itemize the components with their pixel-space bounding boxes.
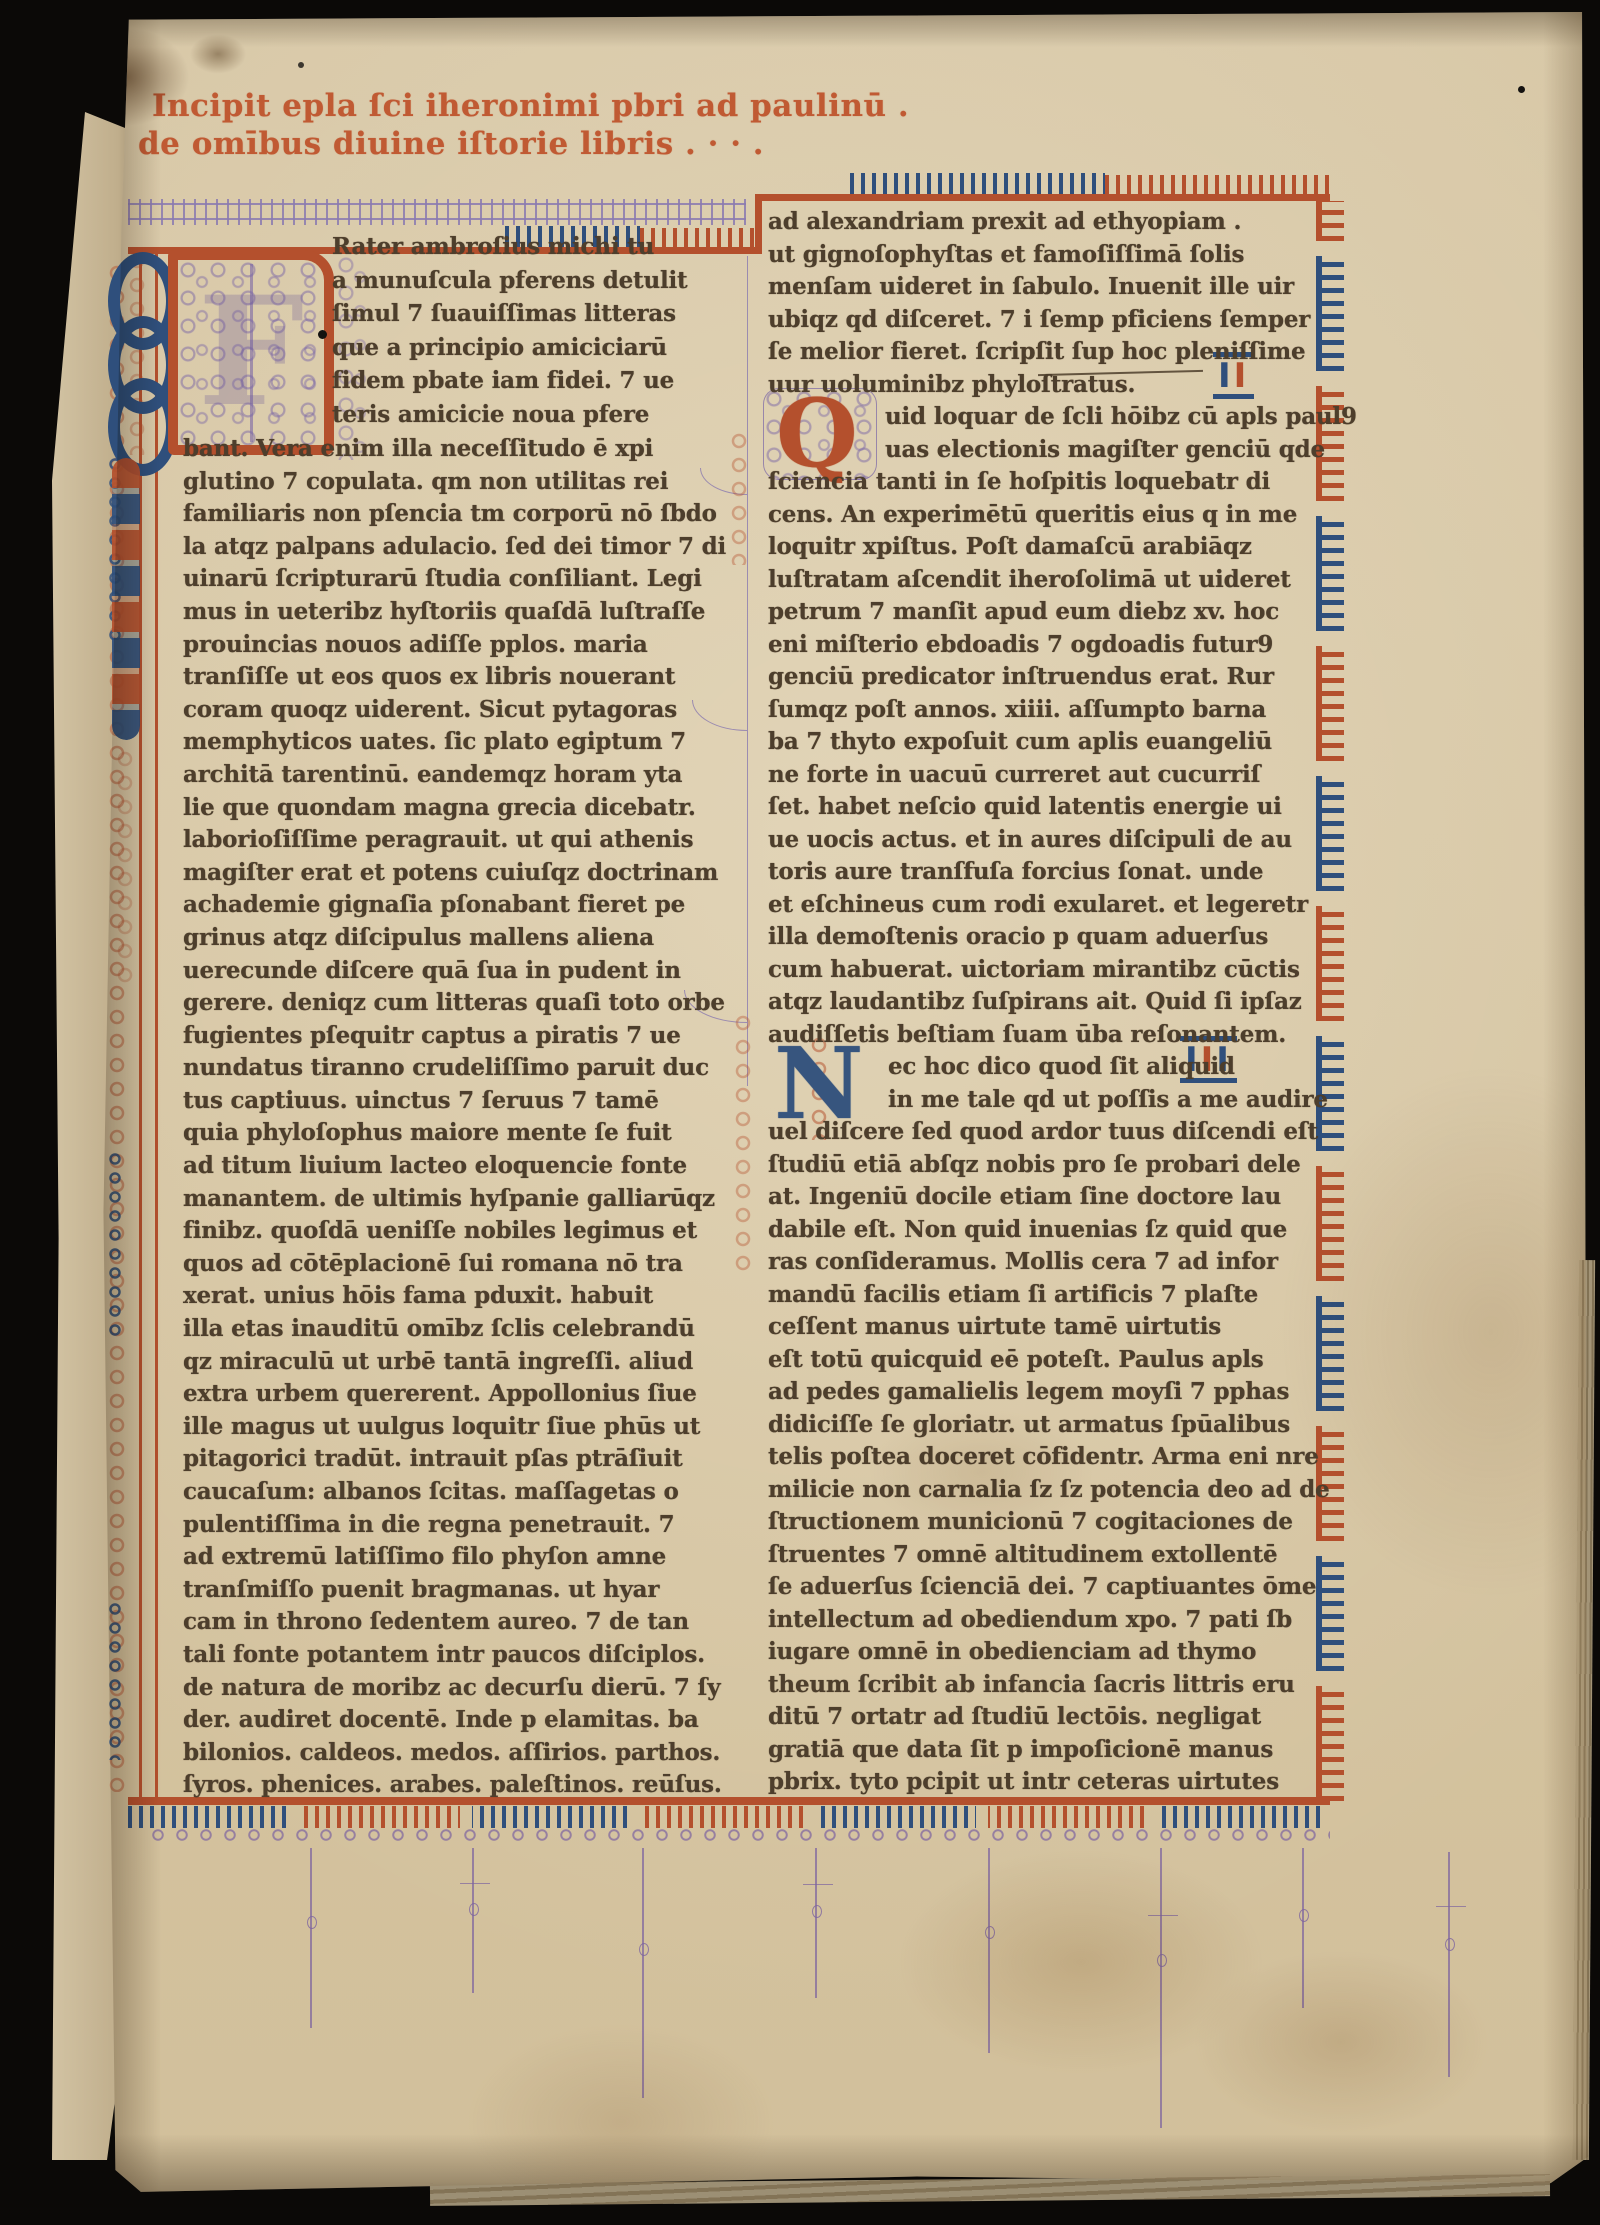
initial-f-frame: F xyxy=(168,250,334,455)
bottom-penwork-loops xyxy=(150,1827,1330,1843)
column-1-body: bant. Vera enim illa neceſſitudo ē xpigl… xyxy=(183,433,743,1802)
text-line: toris aure tranſfuſa forcius ſonat. unde xyxy=(768,856,1316,889)
penwork-tail xyxy=(642,1848,644,2098)
text-line: manantem. de ultimis hyſpanie galliarūqz xyxy=(183,1183,743,1216)
text-line: familiaris non pſencia tm corporū nō ſbd… xyxy=(183,498,743,531)
text-line: petrum 7 manſit apud eum diebz xv. hoc xyxy=(768,596,1316,629)
text-line: ue uocis actus. et in aures diſcipuli de… xyxy=(768,824,1316,857)
penwork-tail xyxy=(472,1848,474,1993)
text-line: uerecunde diſcere quā ſua in pudent in xyxy=(183,955,743,988)
text-line: ſe melior fieret. ſcripſit ſup hoc pleni… xyxy=(768,336,1316,369)
initial-f-tail xyxy=(112,458,140,740)
penwork-tail xyxy=(815,1848,817,1998)
text-line: uid loquar de ſcli hōibz cū apls paul9 xyxy=(885,401,1317,434)
penwork-tail xyxy=(310,1848,312,2028)
text-line: genciū predicator inſtruendus erat. Rur xyxy=(768,661,1316,694)
text-line: menſam uideret in ſabulo. Inuenit ille u… xyxy=(768,271,1316,304)
text-line: caucaſum: albanos ſcitas. maſſagetas o xyxy=(183,1476,743,1509)
text-line: ad pedes gamalielis legem moyſi 7 pphas xyxy=(768,1376,1316,1409)
penwork-tail xyxy=(988,1848,990,2053)
text-line: a munuſcula pferens detulit xyxy=(332,264,740,298)
text-line: Rater ambroſius michi tu xyxy=(332,230,740,264)
text-line: la atqz palpans adulacio. ſed dei timor … xyxy=(183,531,743,564)
text-line: cam in throno ſedentem aureo. 7 de tan xyxy=(183,1606,743,1639)
text-line: quos ad cōtēplacionē ſui romana nō tra xyxy=(183,1248,743,1281)
text-line: ſet. habet neſcio quid latentis energie … xyxy=(768,791,1316,824)
text-line: bant. Vera enim illa neceſſitudo ē xpi xyxy=(183,433,743,466)
gutter-penwork-line xyxy=(747,256,748,1086)
text-line: teris amicicie noua pfere xyxy=(332,398,740,432)
initial-f-letter: F xyxy=(178,260,324,445)
text-line: gerere. deniqz cum litteras quaſi toto o… xyxy=(183,987,743,1020)
text-line: finibz. quoſdā ueniſſe nobiles legimus e… xyxy=(183,1215,743,1248)
text-line: ad extremū latiſſimo filo phyſon amne xyxy=(183,1541,743,1574)
column-2-block-c: uel diſcere ſed quod ardor tuus diſcendi… xyxy=(768,1116,1316,1799)
initial-f-tail-filigree xyxy=(110,748,140,983)
text-line: audiſſetis beſtiam ſuam ūba reſonantem. xyxy=(768,1019,1316,1052)
text-line: que a principio amiciciarū xyxy=(332,331,740,365)
rubric-line-1: Incipit epla ſci iheronimi pbri ad pauli… xyxy=(152,88,909,124)
text-line: ne forte in uacuū curreret aut cucurriſ xyxy=(768,759,1316,792)
text-line: tus captiuus. uinctus 7 ſeruus 7 tamē xyxy=(183,1085,743,1118)
text-line: qz miraculū ut urbē tantā ingreſſi. aliu… xyxy=(183,1346,743,1379)
top-fringe-red-col2 xyxy=(1105,175,1330,194)
text-line: eni miſterio ebdoadis 7 ogdoadis futur9 xyxy=(768,629,1316,662)
text-line: dabile eſt. Non quid inuenias ſz quid qu… xyxy=(768,1214,1316,1247)
text-line: xerat. unius hōis fama pduxit. habuit xyxy=(183,1280,743,1313)
text-line: eſt totū quicquid eē poteſt. Paulus apls xyxy=(768,1344,1316,1377)
penwork-tail xyxy=(1160,1848,1162,2128)
penwork-tail xyxy=(1302,1848,1304,2008)
text-line: achademie gignaſia pſonabant fieret pe xyxy=(183,889,743,922)
ink-speck xyxy=(298,62,304,68)
text-line: uinarū ſcripturarū ſtudia conſiliant. Le… xyxy=(183,563,743,596)
text-line: ſtructionem municionū 7 cogitaciones de xyxy=(768,1506,1316,1539)
text-line: fidem pbate iam fidei. 7 ue xyxy=(332,364,740,398)
text-line: tranſiſſe ut eos quos ex libris nouerant xyxy=(183,661,743,694)
text-line: tranſmiſſo puenit bragmanas. ut hyar xyxy=(183,1574,743,1607)
text-line: loquitr xpiſtus. Poſt damaſcū arabiāqz xyxy=(768,531,1316,564)
left-border-blue-vine-2 xyxy=(106,1150,124,1340)
wormhole xyxy=(318,330,327,339)
text-line: didiciſſe ſe gloriatr. ut armatus ſpūali… xyxy=(768,1409,1316,1442)
top-bar-step xyxy=(755,194,762,254)
text-line: illa etas inauditū omībz ſclis celebrand… xyxy=(183,1313,743,1346)
text-line: tali fonte potantem intr paucos diſciplo… xyxy=(183,1639,743,1672)
text-line: ditū 7 ortatr ad ſtudiū lectōis. negliga… xyxy=(768,1701,1316,1734)
text-line: laborioſiſſime peragrauit. ut qui atheni… xyxy=(183,824,743,857)
text-line: ſimul 7 ſuauiſſimas litteras xyxy=(332,297,740,331)
text-line: mus in ueteribz hyſtoriis quaſdā luſtraſ… xyxy=(183,596,743,629)
text-line: lie que quondam magna grecia dicebatr. xyxy=(183,792,743,825)
text-line: ceſſent manus uirtute tamē uirtutis xyxy=(768,1311,1316,1344)
text-line: coram quoqz uiderent. Sicut pytagoras xyxy=(183,694,743,727)
column-1-intro: Rater ambroſius michi tua munuſcula pfer… xyxy=(332,230,740,431)
bottom-fringe xyxy=(128,1806,1330,1828)
top-fringe-blue-col2 xyxy=(850,173,1105,194)
text-line: intellectum ad obediendum xpo. 7 pati ſb xyxy=(768,1604,1316,1637)
text-line: extra urbem quererent. Appollonius ſiue xyxy=(183,1378,743,1411)
text-line: memphyticos uates. ſic plato egiptum 7 xyxy=(183,726,743,759)
text-line: telis poſtea doceret cōfidentr. Arma eni… xyxy=(768,1441,1316,1474)
column-2-q-lines: uid loquar de ſcli hōibz cū apls paul9ua… xyxy=(885,401,1317,466)
text-line: ſyros. phenices. arabes. paleſtinos. reū… xyxy=(183,1769,743,1802)
wormhole xyxy=(1518,86,1525,93)
left-border-spine xyxy=(139,253,158,1801)
text-line: ad titum liuium lacteo eloquencie fonte xyxy=(183,1150,743,1183)
left-border-blue-vine-3 xyxy=(106,1600,124,1760)
text-line: prouincias nouos adiſſe pplos. maria xyxy=(183,629,743,662)
text-line: illa demoſtenis oracio p quam aduerſus xyxy=(768,921,1316,954)
text-line: mandū facilis etiam ſi artificis 7 plaſt… xyxy=(768,1279,1316,1312)
text-line: pulentiſſima in die regna penetrauit. 7 xyxy=(183,1509,743,1542)
text-line: glutino 7 copulata. qm non utilitas rei xyxy=(183,466,743,499)
text-line: cens. An experimētū queritis eius q in m… xyxy=(768,499,1316,532)
text-line: ubiqz qd diſceret. 7 i ſemp pficiens ſem… xyxy=(768,304,1316,337)
text-line: uur uoluminibz phyloſtratus. xyxy=(768,369,1316,402)
column-2-n-lines: ec hoc dico quod ſit aliquidin me tale q… xyxy=(888,1051,1318,1116)
text-line: uas electionis magiſter genciū qde xyxy=(885,434,1317,467)
text-line: et eſchineus cum rodi exularet. et leger… xyxy=(768,889,1316,922)
column-2-block-b: ſciencia tanti in ſe hoſpitis loquebatr … xyxy=(768,466,1316,1051)
text-line: der. audiret docentē. Inde p elamitas. b… xyxy=(183,1704,743,1737)
text-line: uel diſcere ſed quod ardor tuus diſcendi… xyxy=(768,1116,1316,1149)
text-line: gratiā que data ſit p impoſicionē manus xyxy=(768,1734,1316,1767)
text-line: in me tale qd ut poſſis a me audire xyxy=(888,1084,1318,1117)
text-line: pitagorici tradūt. intrauit pſas ptrāſiu… xyxy=(183,1443,743,1476)
text-line: bilonios. caldeos. medos. aſſirios. part… xyxy=(183,1737,743,1770)
text-line: ba 7 thyto expoſuit cum aplis euangeliū xyxy=(768,726,1316,759)
text-line: fugientes pſequitr captus a piratis 7 ue xyxy=(183,1020,743,1053)
text-line: milicie non carnalia ſz ſz potencia deo … xyxy=(768,1474,1316,1507)
text-line: ſtruentes 7 omnē altitudinem extollentē xyxy=(768,1539,1316,1572)
text-line: pbrix. tyto pcipit ut intr ceteras uirtu… xyxy=(768,1766,1316,1799)
text-line: de natura de moribz ac decurſu dierū. 7 … xyxy=(183,1672,743,1705)
text-line: theum ſcribit ab infancia ſacris littris… xyxy=(768,1669,1316,1702)
text-line: iugare omnē in obedienciam ad thymo xyxy=(768,1636,1316,1669)
text-line: ec hoc dico quod ſit aliquid xyxy=(888,1051,1318,1084)
top-penwork-crenellation xyxy=(128,199,746,225)
text-line: cum habuerat. uictoriam mirantibz cūctis xyxy=(768,954,1316,987)
text-line: at. Ingeniū docile etiam ſine doctore la… xyxy=(768,1181,1316,1214)
text-line: quia phyloſophus maiore mente ſe fuit xyxy=(183,1117,743,1150)
text-line: ras conſideramus. Mollis cera 7 ad infor xyxy=(768,1246,1316,1279)
right-border-fringe xyxy=(1322,201,1344,1801)
top-bar-col2 xyxy=(755,194,1330,201)
text-line: ſumqz poſt annos. xiiii. aſſumpto barna xyxy=(768,694,1316,727)
text-line: ad alexandriam prexit ad ethyopiam . xyxy=(768,206,1316,239)
text-line: ſtudiū etiā abſqz nobis pro ſe probari d… xyxy=(768,1149,1316,1182)
text-line: ſciencia tanti in ſe hoſpitis loquebatr … xyxy=(768,466,1316,499)
illuminated-initial-F: F xyxy=(104,250,334,460)
text-line: luſtratam aſcendit iheroſolimā ut uidere… xyxy=(768,564,1316,597)
text-line: ſe aduerſus ſcienciā dei. 7 captiuantes … xyxy=(768,1571,1316,1604)
text-line: ut gignoſophyſtas et famoſiſſimā ſolis xyxy=(768,239,1316,272)
text-line: grinus atqz diſcipulus mallens aliena xyxy=(183,922,743,955)
penwork-tail xyxy=(1448,1852,1450,2077)
text-line: magiſter erat et potens cuiuſqz doctrina… xyxy=(183,857,743,890)
text-line: architā tarentinū. eandemqz horam yta xyxy=(183,759,743,792)
text-line: ille magus ut uulgus loquitr ſiue phūs u… xyxy=(183,1411,743,1444)
text-line: nundatus tiranno crudeliſſimo paruit duc xyxy=(183,1052,743,1085)
column-2-block-a: ad alexandriam prexit ad ethyopiam .ut g… xyxy=(768,206,1316,401)
rubric-line-2: de omībus diuine iſtorie libris . · · . xyxy=(138,126,764,162)
text-line: atqz laudantibz ſuſpirans ait. Quid ſi i… xyxy=(768,986,1316,1019)
